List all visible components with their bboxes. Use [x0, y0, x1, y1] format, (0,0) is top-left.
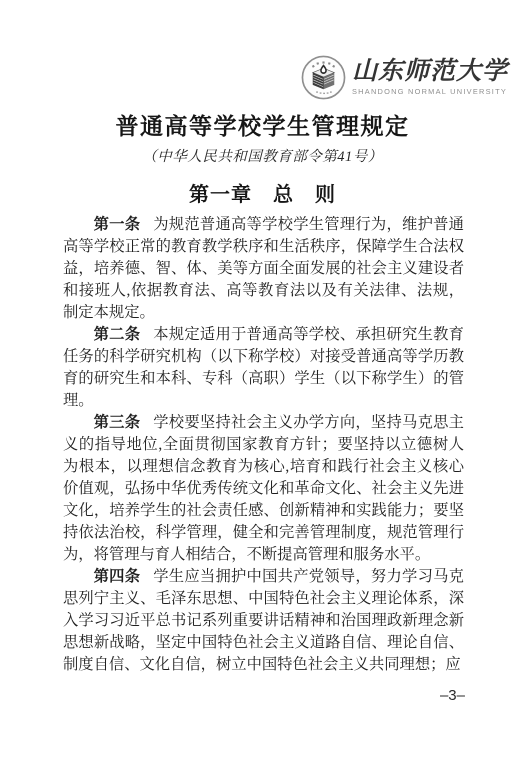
university-logo: 山东师范大学 SHANDONG NORMAL UNIVERSITY	[300, 54, 508, 101]
document-page: 山东师范大学 SHANDONG NORMAL UNIVERSITY 普通高等学校…	[0, 0, 525, 768]
document-subtitle: （中华人民共和国教育部令第41号）	[0, 145, 525, 166]
article-text-3: 学校要坚持社会主义办学方向，坚持马克思主义的指导地位,全面贯彻国家教育方针；要坚…	[63, 414, 464, 563]
article-paragraph-3: 第三条学校要坚持社会主义办学方向，坚持马克思主义的指导地位,全面贯彻国家教育方针…	[63, 412, 464, 566]
page-number: –3–	[440, 687, 465, 704]
article-paragraph-1: 第一条为规范普通高等学校学生管理行为，维护普通高等学校正常的教育教学秩序和生活秩…	[63, 214, 464, 324]
university-name-en: SHANDONG NORMAL UNIVERSITY	[352, 87, 508, 96]
article-label-3: 第三条	[94, 414, 141, 431]
university-seal-icon	[300, 54, 347, 101]
article-label-1: 第一条	[94, 216, 141, 233]
university-name-cn: 山东师范大学	[352, 59, 508, 85]
article-paragraph-4: 第四条学生应当拥护中国共产党领导，努力学习马克思列宁主义、毛泽东思想、中国特色社…	[63, 566, 464, 676]
document-title: 普通高等学校学生管理规定	[0, 108, 525, 141]
chapter-heading: 第一章 总 则	[0, 178, 525, 207]
article-label-2: 第二条	[94, 326, 141, 343]
article-label-4: 第四条	[94, 568, 141, 585]
document-body: 第一条为规范普通高等学校学生管理行为，维护普通高等学校正常的教育教学秩序和生活秩…	[63, 214, 464, 676]
university-logo-text: 山东师范大学 SHANDONG NORMAL UNIVERSITY	[352, 59, 508, 96]
article-paragraph-2: 第二条本规定适用于普通高等学校、承担研究生教育任务的科学研究机构（以下称学校）对…	[63, 324, 464, 412]
